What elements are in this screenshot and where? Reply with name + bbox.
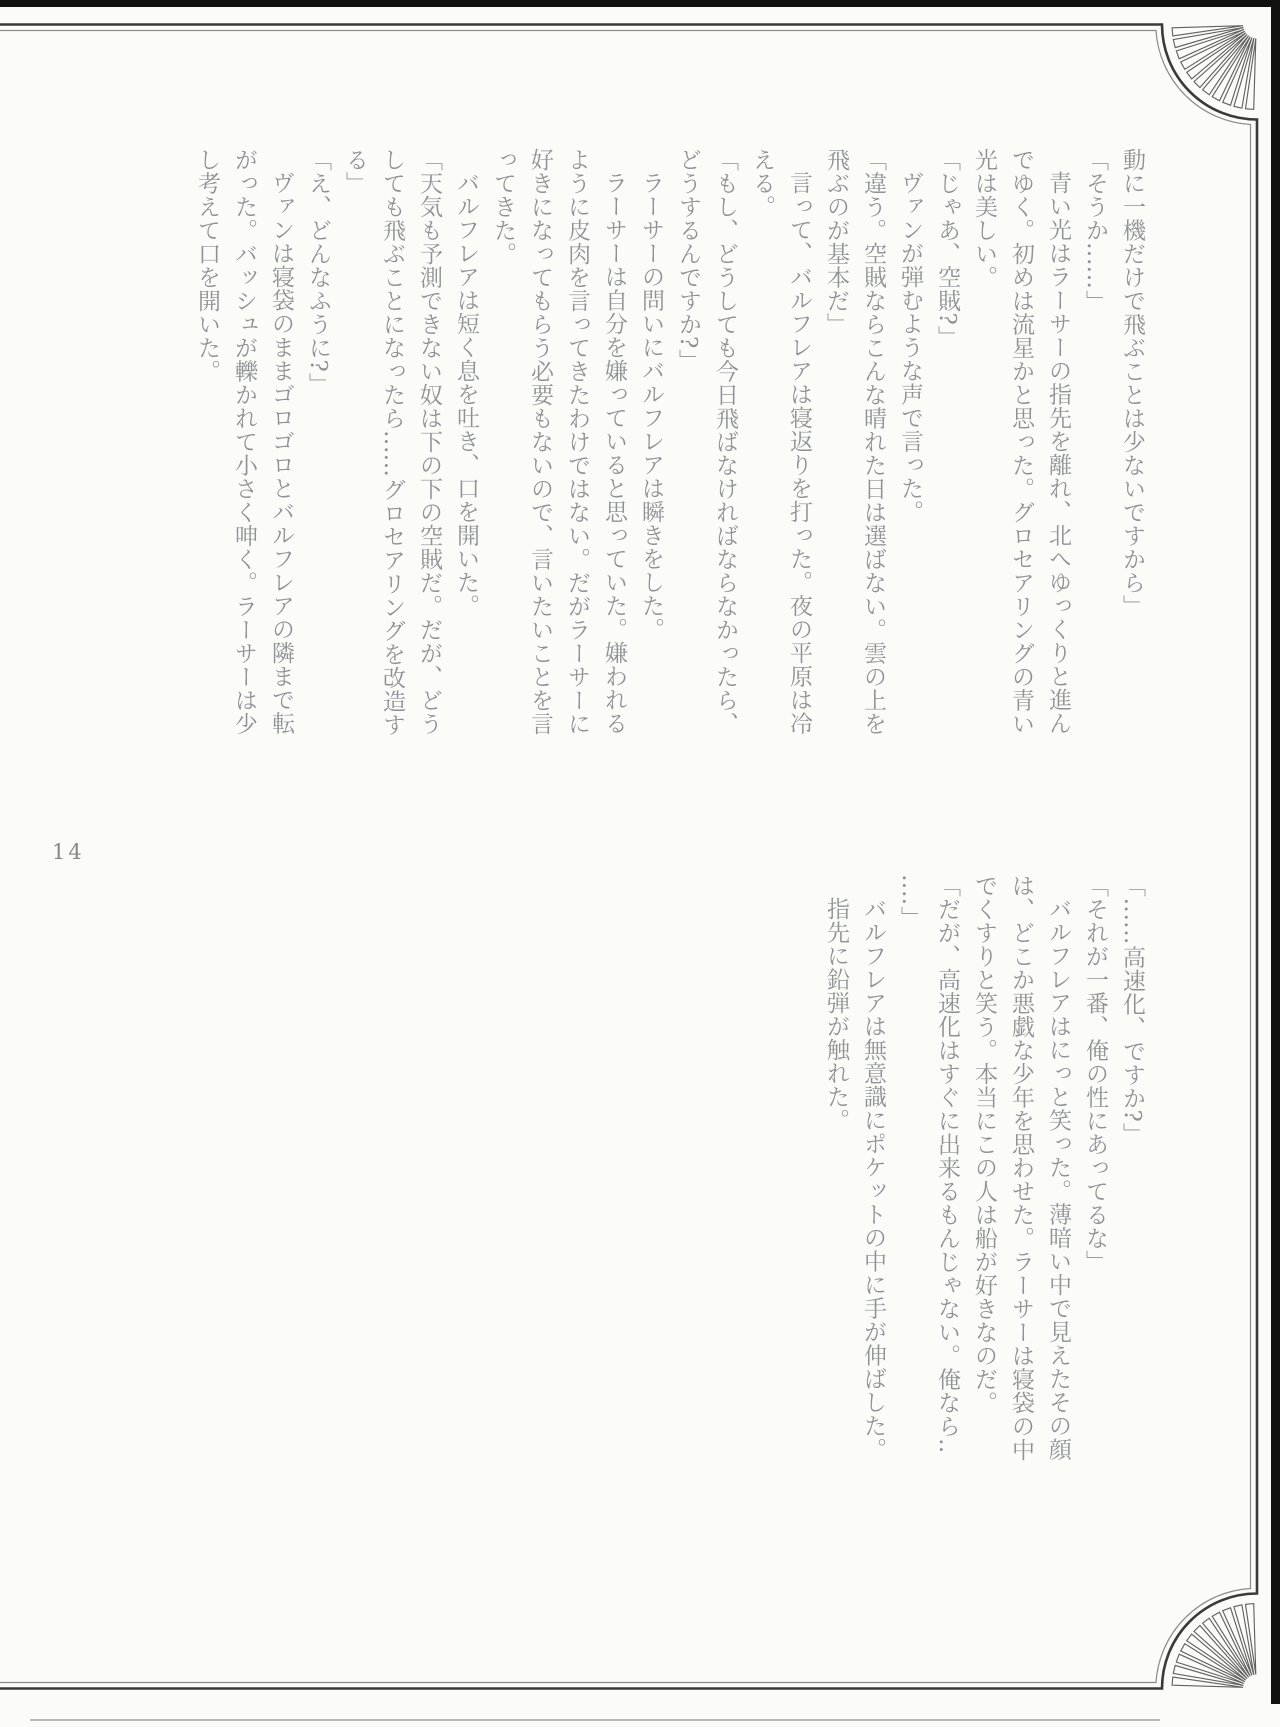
- text-line: 飛ぶのが基本だ」: [817, 148, 854, 764]
- text-line: 「え、どんなふうに?」: [299, 148, 336, 764]
- main-text-block: 動に一機だけで飛ぶことは少ないですから」「そうか‥‥‥」青い光はラーサーの指先を…: [188, 148, 1150, 764]
- text-line: バルフレアは短く息を吐き、口を開いた。: [447, 148, 484, 764]
- text-line: がった。バッシュが轢かれて小さく呻く。ラーサーは少: [225, 148, 262, 764]
- text-line: は、どこか悪戯な少年を思わせた。ラーサーは寝袋の中: [1002, 874, 1039, 1516]
- text-line: 「天気も予測できない奴は下の下の空賊だ。だが、どう: [410, 148, 447, 764]
- text-line: 「だが、高速化はすぐに出来るもんじゃない。俺なら‥: [928, 874, 965, 1516]
- text-line: バルフレアは無意識にポケットの中に手が伸ばした。: [854, 874, 891, 1516]
- text-line: える。: [743, 148, 780, 764]
- secondary-text-block: 「‥‥‥高速化、ですか?」「それが一番、俺の性にあってるな」バルフレアはにっと笑…: [817, 874, 1150, 1516]
- text-line: 「それが一番、俺の性にあってるな」: [1076, 874, 1113, 1516]
- text-line: ヴァンは寝袋のままゴロゴロとバルフレアの隣まで転: [262, 148, 299, 764]
- text-line: ヴァンが弾むような声で言った。: [891, 148, 928, 764]
- text-line: ラーサーの問いにバルフレアは瞬きをした。: [632, 148, 669, 764]
- text-line: ように皮肉を言ってきたわけではない。だがラーサーに: [558, 148, 595, 764]
- text-line: でゆく。初めは流星かと思った。グロセアリングの青い: [1002, 148, 1039, 764]
- scanned-book-page: 動に一機だけで飛ぶことは少ないですから」「そうか‥‥‥」青い光はラーサーの指先を…: [0, 0, 1280, 1727]
- page-number: 14: [52, 840, 85, 864]
- text-line: バルフレアはにっと笑った。薄暗い中で見えたその顔: [1039, 874, 1076, 1516]
- text-line: 「じゃあ、空賊?」: [928, 148, 965, 764]
- fan-corner-ornament-bottom-right: [1172, 1604, 1256, 1688]
- text-line: どうするんですか?」: [669, 148, 706, 764]
- text-line: でくすりと笑う。本当にこの人は船が好きなのだ。: [965, 874, 1002, 1516]
- text-line: る」: [336, 148, 373, 764]
- text-line: 「もし、どうしても今日飛ばなければならなかったら、: [706, 148, 743, 764]
- text-line: 言って、バルフレアは寝返りを打った。夜の平原は冷: [780, 148, 817, 764]
- text-line: 光は美しい。: [965, 148, 1002, 764]
- text-line: ‥‥」: [891, 874, 928, 1516]
- text-line: しても飛ぶことになったら‥‥‥グロセアリングを改造す: [373, 148, 410, 764]
- text-line: ラーサーは自分を嫌っていると思っていた。嫌われる: [595, 148, 632, 764]
- text-line: 「違う。空賊ならこんな晴れた日は選ばない。雲の上を: [854, 148, 891, 764]
- text-line: し考えて口を開いた。: [188, 148, 225, 764]
- text-line: ってきた。: [484, 148, 521, 764]
- text-line: 動に一機だけで飛ぶことは少ないですから」: [1113, 148, 1150, 764]
- fan-corner-ornament-top-right: [1172, 26, 1256, 110]
- text-line: 好きになってもらう必要もないので、言いたいことを言: [521, 148, 558, 764]
- text-line: 「そうか‥‥‥」: [1076, 148, 1113, 764]
- text-line: 「‥‥‥高速化、ですか?」: [1113, 874, 1150, 1516]
- text-line: 青い光はラーサーの指先を離れ、北へゆっくりと進ん: [1039, 148, 1076, 764]
- text-line: 指先に鉛弾が触れた。: [817, 874, 854, 1516]
